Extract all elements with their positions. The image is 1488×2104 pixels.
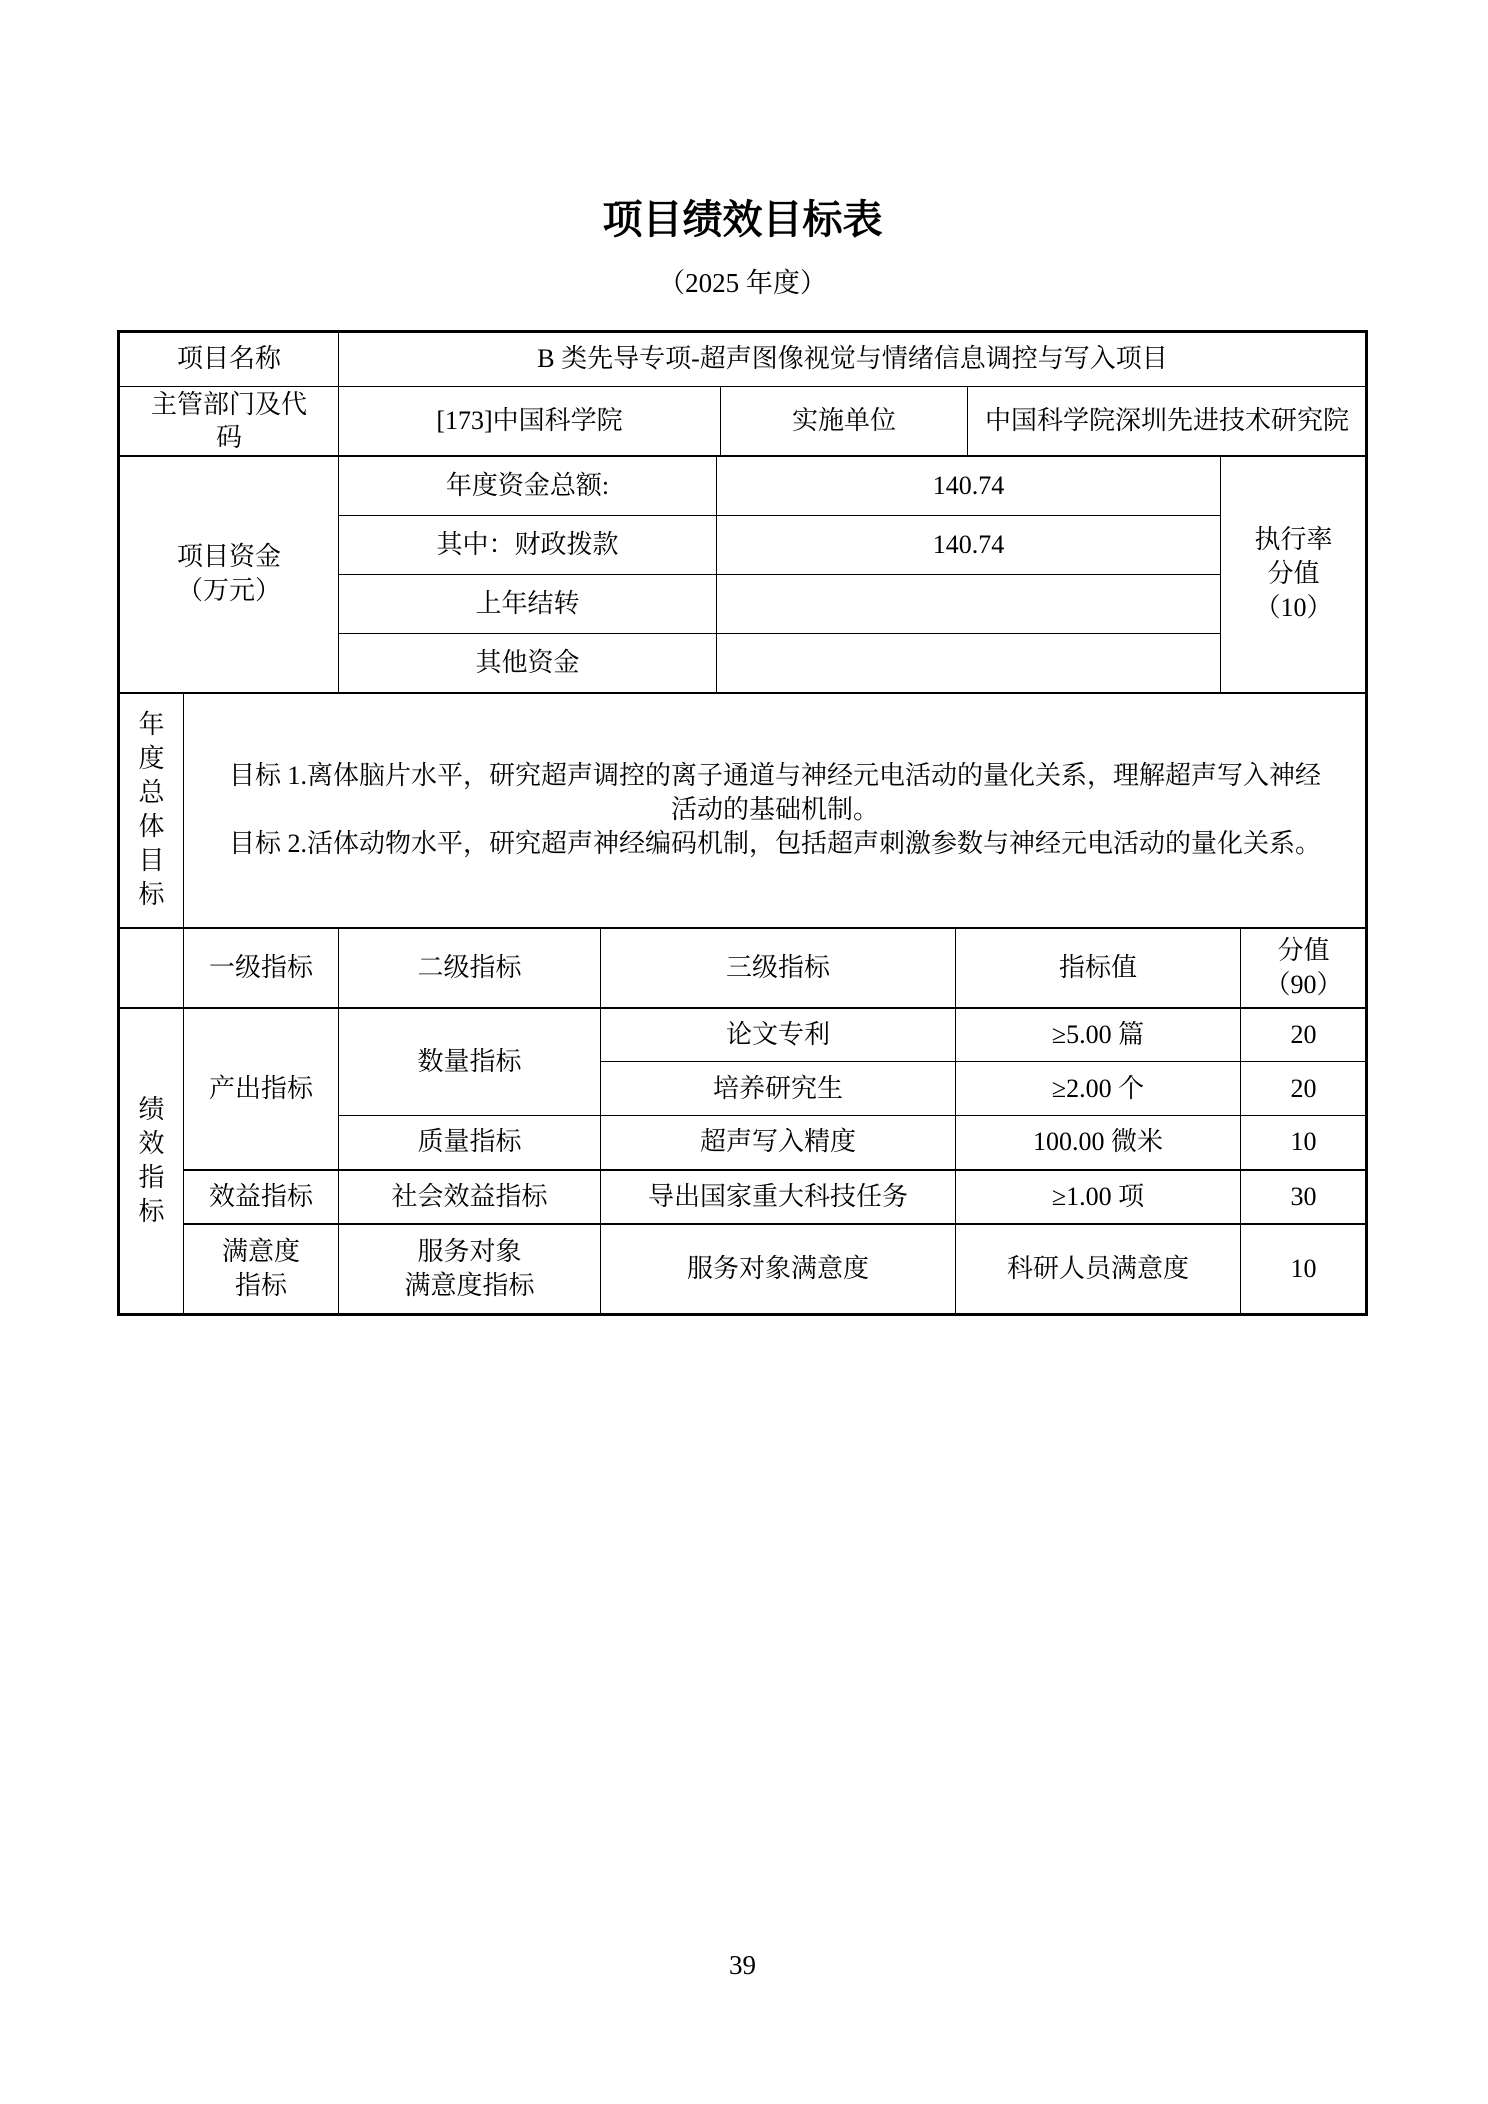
indicator-value: ≥2.00 个: [956, 1062, 1241, 1116]
indicator-level2-quantity: 数量指标: [339, 1008, 601, 1116]
indicator-score: 10: [1241, 1224, 1367, 1314]
document-subtitle: （2025 年度）: [119, 266, 1366, 300]
indicator-level3: 培养研究生: [601, 1062, 956, 1116]
indicator-level1-output: 产出指标: [184, 1008, 339, 1170]
department-value: [173]中国科学院: [339, 387, 721, 456]
indicator-value: 100.00 微米: [956, 1116, 1241, 1170]
implementing-unit-label: 实施单位: [721, 387, 968, 456]
indicator-score: 10: [1241, 1116, 1367, 1170]
indicators-section: 一级指标 二级指标 三级指标 指标值 分值 （90） 绩 效 指 标 产出指标 …: [119, 929, 1367, 1315]
indicator-level2-quality: 质量指标: [339, 1116, 601, 1170]
indicators-header-row: 一级指标 二级指标 三级指标 指标值 分值 （90）: [120, 929, 1367, 1008]
objectives-section: 年 度 总 体 目 标 目标 1.离体脑片水平，研究超声调控的离子通道与神经元电…: [119, 694, 1367, 929]
objectives-text: 目标 1.离体脑片水平，研究超声调控的离子通道与神经元电活动的量化关系，理解超声…: [184, 694, 1367, 928]
indicator-score: 20: [1241, 1062, 1367, 1116]
indicator-row: 效益指标 社会效益指标 导出国家重大科技任务 ≥1.00 项 30: [120, 1170, 1367, 1224]
header-score: 分值 （90）: [1241, 929, 1367, 1008]
header-value: 指标值: [956, 929, 1241, 1008]
header-level2: 二级指标: [339, 929, 601, 1008]
performance-target-table: 项目名称 B 类先导专项-超声图像视觉与情绪信息调控与写入项目 主管部门及代码 …: [119, 332, 1366, 1314]
indicator-level1-satisfaction: 满意度 指标: [184, 1224, 339, 1314]
indicator-level2-service: 服务对象 满意度指标: [339, 1224, 601, 1314]
project-name-value: B 类先导专项-超声图像视觉与情绪信息调控与写入项目: [339, 332, 1367, 386]
indicator-level3: 导出国家重大科技任务: [601, 1170, 956, 1224]
department-label-text: 主管部门及代码: [144, 388, 314, 454]
project-name-label: 项目名称: [120, 332, 339, 386]
objectives-label: 年 度 总 体 目 标: [120, 694, 184, 928]
header-level1: 一级指标: [184, 929, 339, 1008]
funding-section: 项目资金 （万元） 年度资金总额: 140.74 执行率 分值 （10） 其中：…: [119, 457, 1367, 694]
department-row: 主管部门及代码 [173]中国科学院 实施单位 中国科学院深圳先进技术研究院: [119, 387, 1367, 457]
funding-total-label: 年度资金总额:: [339, 457, 717, 516]
indicator-value: ≥1.00 项: [956, 1170, 1241, 1224]
indicator-level3: 服务对象满意度: [601, 1224, 956, 1314]
indicator-row: 满意度 指标 服务对象 满意度指标 服务对象满意度 科研人员满意度 10: [120, 1224, 1367, 1314]
indicator-level3: 超声写入精度: [601, 1116, 956, 1170]
indicator-score: 30: [1241, 1170, 1367, 1224]
funding-total-value: 140.74: [717, 457, 1221, 516]
implementing-unit-value: 中国科学院深圳先进技术研究院: [968, 387, 1367, 456]
indicator-row: 绩 效 指 标 产出指标 数量指标 论文专利 ≥5.00 篇 20: [120, 1008, 1367, 1062]
indicator-value: ≥5.00 篇: [956, 1008, 1241, 1062]
header-level3: 三级指标: [601, 929, 956, 1008]
document-page: 项目绩效目标表 （2025 年度） 项目名称 B 类先导专项-超声图像视觉与情绪…: [0, 0, 1488, 2104]
document-title: 项目绩效目标表: [119, 197, 1366, 243]
funding-other-label: 其他资金: [339, 634, 717, 693]
funding-fiscal-value: 140.74: [717, 516, 1221, 575]
indicator-level2-social: 社会效益指标: [339, 1170, 601, 1224]
funding-carryover-value: [717, 575, 1221, 634]
indicator-value: 科研人员满意度: [956, 1224, 1241, 1314]
indicators-corner-cell: [120, 929, 184, 1008]
department-label: 主管部门及代码: [120, 387, 339, 456]
funding-carryover-label: 上年结转: [339, 575, 717, 634]
execution-rate-score-label: 执行率 分值 （10）: [1221, 457, 1367, 693]
funding-other-value: [717, 634, 1221, 693]
project-name-row: 项目名称 B 类先导专项-超声图像视觉与情绪信息调控与写入项目: [119, 332, 1367, 387]
indicators-label: 绩 效 指 标: [120, 1008, 184, 1314]
page-number: 39: [119, 1950, 1366, 1981]
indicator-score: 20: [1241, 1008, 1367, 1062]
indicator-level1-benefit: 效益指标: [184, 1170, 339, 1224]
indicator-level3: 论文专利: [601, 1008, 956, 1062]
funding-fiscal-label: 其中：财政拨款: [339, 516, 717, 575]
funding-label: 项目资金 （万元）: [120, 457, 339, 693]
